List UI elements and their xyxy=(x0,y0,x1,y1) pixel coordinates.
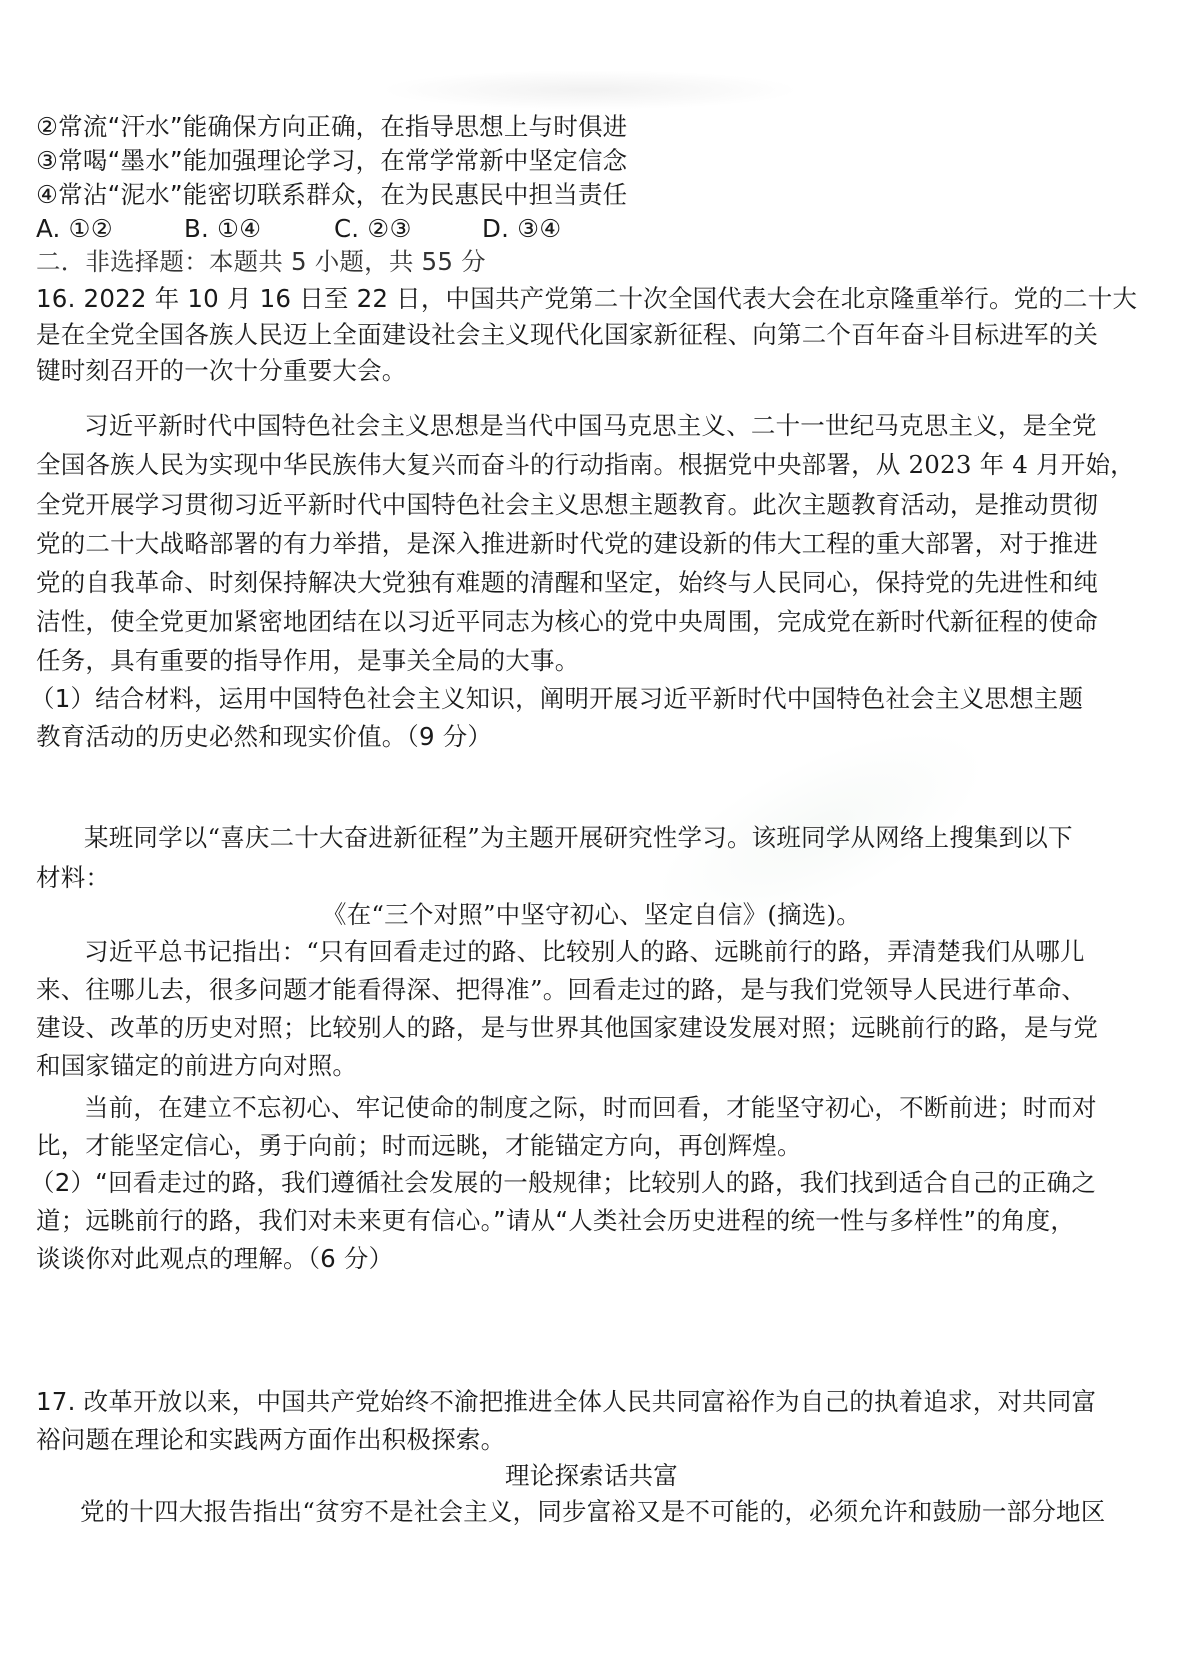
q16-intro-line: 是在全党全国各族人民迈上全面建设社会主义现代化国家新征程、向第二个百年奋斗目标进… xyxy=(36,320,1098,350)
choice-a: A. ①② xyxy=(36,214,176,244)
q16-material1-line: 任务，具有重要的指导作用，是事关全局的大事。 xyxy=(36,646,579,676)
q16-material1-line: 全党开展学习贯彻习近平新时代中国特色社会主义思想主题教育。此次主题教育活动，是推… xyxy=(36,490,1098,520)
q17-subtitle: 理论探索话共富 xyxy=(0,1461,1183,1491)
q16-material2-body2-line: 比，才能坚定信心，勇于向前；时而远眺，才能锚定方向，再创辉煌。 xyxy=(36,1131,802,1161)
q16-material2-intro-line: 材料： xyxy=(36,863,110,893)
q16-material2-body2-line: 当前，在建立不忘初心、牢记使命的制度之际，时而回看，才能坚守初心，不断前进；时而… xyxy=(84,1093,1097,1123)
q15-option-4: ④常沾“泥水”能密切联系群众，在为民惠民中担当责任 xyxy=(36,180,627,210)
q16-sub1-line: 教育活动的历史必然和现实价值。（9 分） xyxy=(36,722,492,752)
choice-b: B. ①④ xyxy=(184,214,326,244)
q15-option-3: ③常喝“墨水”能加强理论学习，在常学常新中坚定信念 xyxy=(36,146,627,176)
q16-material1-line: 习近平新时代中国特色社会主义思想是当代中国马克思主义、二十一世纪马克思主义，是全… xyxy=(84,411,1097,441)
q16-material2-title: 《在“三个对照”中坚守初心、坚定自信》(摘选)。 xyxy=(0,900,1183,930)
q17-intro-line: 17. 改革开放以来，中国共产党始终不渝把推进全体人民共同富裕作为自己的执着追求… xyxy=(36,1387,1096,1417)
q16-material1-line: 党的二十大战略部署的有力举措，是深入推进新时代党的建设新的伟大工程的重大部署，对… xyxy=(36,529,1098,559)
q16-material2-intro-line: 某班同学以“喜庆二十大奋进新征程”为主题开展研究性学习。该班同学从网络上搜集到以… xyxy=(84,823,1073,853)
choice-c: C. ②③ xyxy=(334,214,474,244)
q17-intro-line: 裕问题在理论和实践两方面作出积极探索。 xyxy=(36,1425,505,1455)
section-2-heading: 二．非选择题：本题共 5 小题，共 55 分 xyxy=(36,247,486,277)
q16-material2-body-line: 和国家锚定的前进方向对照。 xyxy=(36,1051,357,1081)
q16-material2-body-line: 来、往哪儿去，很多问题才能看得深、把得准”。回看走过的路，是与我们党领导人民进行… xyxy=(36,975,1086,1005)
choice-d: D. ③④ xyxy=(482,214,561,244)
q15-option-2: ②常流“汗水”能确保方向正确，在指导思想上与时俱进 xyxy=(36,112,627,142)
scan-smudge xyxy=(380,70,800,110)
q16-intro-line: 键时刻召开的一次十分重要大会。 xyxy=(36,356,407,386)
q17-body-line: 党的十四大报告指出“贫穷不是社会主义，同步富裕又是不可能的，必须允许和鼓励一部分… xyxy=(80,1497,1105,1527)
q16-sub2-line: 道；远眺前行的路，我们对未来更有信心。”请从“人类社会历史进程的统一性与多样性”… xyxy=(36,1206,1075,1236)
q16-sub2-line: 谈谈你对此观点的理解。（6 分） xyxy=(36,1244,393,1274)
q16-sub2-line: （2）“回看走过的路，我们遵循社会发展的一般规律；比较别人的路，我们找到适合自己… xyxy=(30,1168,1096,1198)
q16-intro-line: 16. 2022 年 10 月 16 日至 22 日，中国共产党第二十次全国代表… xyxy=(36,284,1137,314)
q16-material2-body-line: 习近平总书记指出：“只有回看走过的路、比较别人的路、远眺前行的路，弄清楚我们从哪… xyxy=(84,937,1085,967)
q16-material1-line: 洁性，使全党更加紧密地团结在以习近平同志为核心的党中央周围，完成党在新时代新征程… xyxy=(36,607,1098,637)
q16-sub1-line: （1）结合材料，运用中国特色社会主义知识，阐明开展习近平新时代中国特色社会主义思… xyxy=(30,684,1083,714)
q16-material2-body-line: 建设、改革的历史对照；比较别人的路，是与世界其他国家建设发展对照；远眺前行的路，… xyxy=(36,1013,1098,1043)
q16-material1-line: 党的自我革命、时刻保持解决大党独有难题的清醒和坚定，始终与人民同心，保持党的先进… xyxy=(36,568,1098,598)
exam-page: ②常流“汗水”能确保方向正确，在指导思想上与时俱进 ③常喝“墨水”能加强理论学习… xyxy=(0,0,1183,1669)
q16-material1-line: 全国各族人民为实现中华民族伟大复兴而奋斗的行动指南。根据党中央部署，从 2023… xyxy=(36,450,1135,480)
q15-choices: A. ①② B. ①④ C. ②③ D. ③④ xyxy=(36,214,561,244)
